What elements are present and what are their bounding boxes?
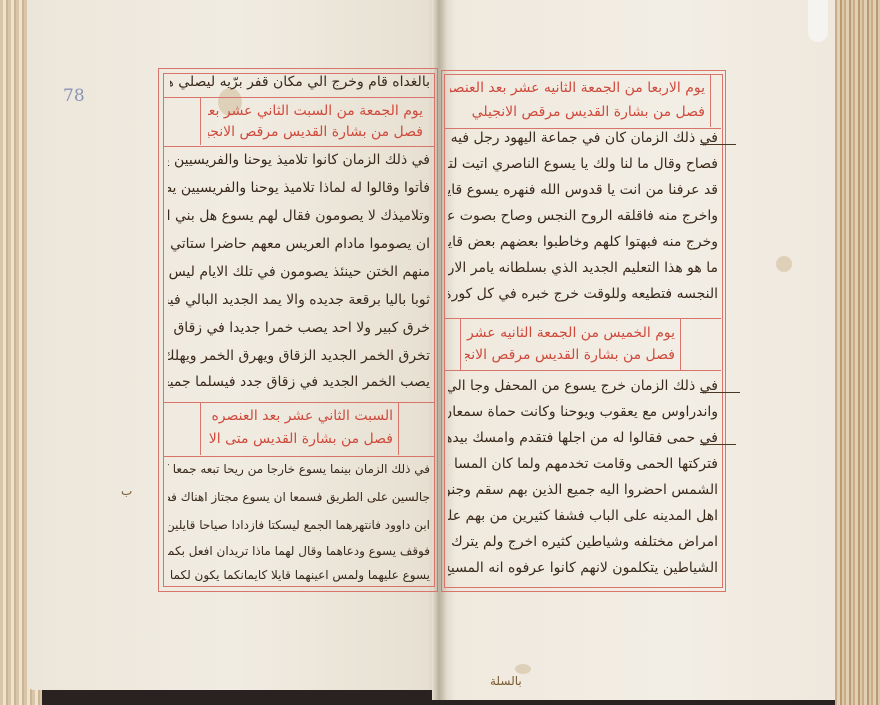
left-heading2-line-2: فصل من بشارة القديس متى الانجيلي xyxy=(208,431,393,447)
stain xyxy=(515,664,531,674)
stain xyxy=(776,256,792,272)
divider xyxy=(398,403,399,455)
left-body2-line: يسوع عليهما ولمس اعينهما قايلا كايمانكما… xyxy=(168,568,430,582)
left-heading-line-1: يوم الجمعة من السبت الثاني عشر بعد العنص… xyxy=(208,103,423,119)
divider xyxy=(680,319,681,371)
divider xyxy=(200,98,201,145)
right-body2-line: الشمس احضروا اليه جميع الذين بهم سقم وجن… xyxy=(448,482,718,498)
divider xyxy=(200,403,201,455)
right-body2-line: واندراوس مع يعقوب ويوحنا وكانت حماة سمعا… xyxy=(448,404,718,420)
right-heading-line-1: يوم الاربعا من الجمعة الثانيه عشر بعد ال… xyxy=(450,80,705,96)
right-body2-line: اهل المدينه على الباب فشفا كثيرين من بهم… xyxy=(448,508,718,524)
right-body-line: النجسه فتطيعه وللوقت خرج خبره في كل كورة… xyxy=(448,286,718,302)
right-body2-line: في ذلك الزمان خرج يسوع من المحفل وجا الي… xyxy=(448,378,718,394)
left-body-line: ثوبا باليا برقعة جديده والا يمد الجديد ا… xyxy=(168,292,430,308)
left-body2-line: ابن داوود فانتهرهما الجمع ليسكتا فازدادا… xyxy=(168,518,430,532)
margin-stroke xyxy=(700,392,740,393)
left-heading2-line-1: السبت الثاني عشر بعد العنصره xyxy=(208,408,393,424)
divider xyxy=(163,402,434,403)
left-body-line: خرق كبير ولا احد يصب خمرا جديدا في زقاق … xyxy=(168,320,430,336)
divider xyxy=(444,370,721,371)
right-heading2-line-1: يوم الخميس من الجمعة الثانيه عشر بعد الع… xyxy=(465,325,675,341)
divider xyxy=(444,128,721,129)
left-body-line: ان يصوموا مادام العريس معهم حاضرا ستاتي … xyxy=(168,236,430,252)
catchword-note: بالسلة xyxy=(490,674,522,688)
margin-stroke xyxy=(700,144,736,145)
divider xyxy=(460,319,461,371)
right-body-line: فصاح وقال ما لنا ولك يا يسوع الناصري اتي… xyxy=(448,156,718,172)
left-body2-line: في ذلك الزمان بينما يسوع خارجا من ريحا ت… xyxy=(168,462,430,476)
right-page-edges xyxy=(835,0,880,705)
right-body-line: واخرج منه فاقلقه الروح النجس وصاح بصوت ع… xyxy=(448,208,718,224)
right-body-line: ما هو هذا التعليم الجديد الذي بسلطانه يا… xyxy=(448,260,718,276)
left-body-line: فأتوا وقالوا له لماذا تلاميذ يوحنا والفر… xyxy=(168,180,430,196)
left-body2-line: جالسين على الطريق فسمعا ان يسوع مجتاز اه… xyxy=(168,490,430,504)
right-body2-line: في حمى فقالوا له من اجلها فتقدم وامسك بي… xyxy=(448,430,718,446)
margin-note: ب xyxy=(121,484,132,498)
right-heading-line-2: فصل من بشارة القديس مرقص الانجيلي xyxy=(450,104,705,120)
divider xyxy=(163,97,434,98)
divider xyxy=(163,146,434,147)
left-body2-line: فوقف يسوع ودعاهما وقال لهما ماذا تريدان … xyxy=(168,544,430,558)
divider xyxy=(163,456,434,457)
right-body-line: في ذلك الزمان كان في جماعة اليهود رجل في… xyxy=(448,130,718,146)
right-heading2-line-2: فصل من بشارة القديس مرقص الانجيلي xyxy=(465,347,675,363)
right-body2-line: الشياطين يتكلمون لانهم كانوا عرفوه انه ا… xyxy=(448,560,718,576)
right-body2-line: امراض مختلفه وشياطين كثيره اخرج ولم يترك xyxy=(448,534,718,550)
left-body-line: في ذلك الزمان كانوا تلاميذ يوحنا والفريس… xyxy=(168,152,430,168)
bookmark-tab xyxy=(808,0,828,42)
left-body-line: وتلاميذك لا يصومون فقال لهم يسوع هل بني … xyxy=(168,208,430,224)
left-body-line: منهم الختن حينئذ يصومون في تلك الايام لي… xyxy=(168,264,430,280)
divider xyxy=(710,75,711,127)
margin-stroke xyxy=(700,444,736,445)
left-heading-line-2: فصل من بشارة القديس مرقص الانجيلي xyxy=(208,124,423,140)
right-body-line: وخرج منه فبهتوا كلهم وخاطبوا بعضهم بعض ق… xyxy=(448,234,718,250)
left-body-line: تخرق الخمر الجديد الزقاق ويهرق الخمر ويه… xyxy=(168,348,430,364)
folio-number: 78 xyxy=(63,86,85,106)
manuscript-spread: 78 بالغداه قام وخرج الي مكان قفر برّيه ل… xyxy=(0,0,880,705)
left-top-line: بالغداه قام وخرج الي مكان قفر برّيه ليصل… xyxy=(170,74,430,90)
right-body-line: قد عرفنا من انت يا قدوس الله فنهره يسوع … xyxy=(448,182,718,198)
left-body-line: يصب الخمر الجديد في زقاق جدد فيسلما جميع… xyxy=(168,374,430,390)
right-body2-line: فتركتها الحمى وقامت تخدمهم ولما كان المس… xyxy=(448,456,718,472)
